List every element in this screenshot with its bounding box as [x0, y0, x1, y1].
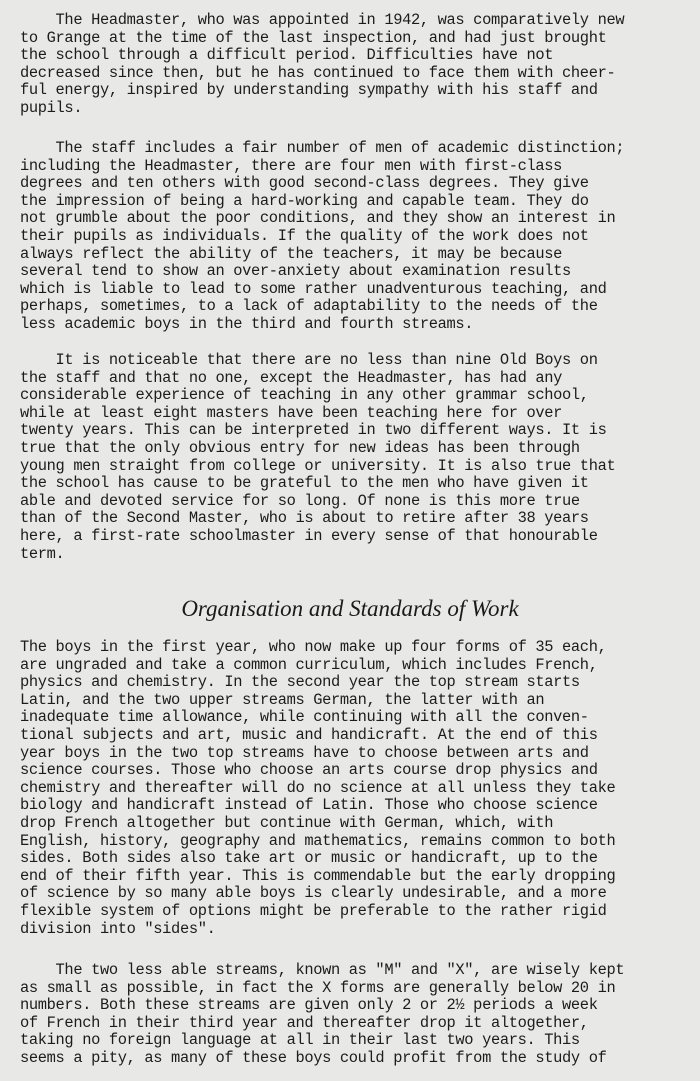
- text-line: perhaps, sometimes, to a lack of adaptab…: [20, 298, 690, 316]
- text-line: not grumble about the poor conditions, a…: [20, 210, 690, 228]
- paragraph-less-able-streams: The two less able streams, known as "M" …: [20, 962, 690, 1068]
- document-page: The Headmaster, who was appointed in 194…: [0, 0, 700, 1081]
- text-line: pupils.: [20, 100, 690, 118]
- text-line: drop French altogether but continue with…: [20, 815, 690, 833]
- text-line: which is liable to lead to some rather u…: [20, 281, 690, 299]
- text-line: are ungraded and take a common curriculu…: [20, 657, 690, 675]
- text-line: of French in their third year and therea…: [20, 1015, 690, 1033]
- paragraph-first-year: The boys in the first year, who now make…: [20, 639, 690, 938]
- text-line: physics and chemistry. In the second yea…: [20, 674, 690, 692]
- text-line: The boys in the first year, who now make…: [20, 639, 690, 657]
- text-line: taking no foreign language at all in the…: [20, 1032, 690, 1050]
- text-line: less academic boys in the third and four…: [20, 316, 690, 334]
- text-line: considerable experience of teaching in a…: [20, 387, 690, 405]
- text-line: able and devoted service for so long. Of…: [20, 493, 690, 511]
- text-line: the impression of being a hard-working a…: [20, 193, 690, 211]
- text-line: sides. Both sides also take art or music…: [20, 850, 690, 868]
- text-line: The Headmaster, who was appointed in 194…: [20, 12, 690, 30]
- text-line: Latin, and the two upper streams German,…: [20, 692, 690, 710]
- text-line: The two less able streams, known as "M" …: [20, 962, 690, 980]
- text-line: while at least eight masters have been t…: [20, 405, 690, 423]
- text-line: science courses. Those who choose an art…: [20, 762, 690, 780]
- text-line: young men straight from college or unive…: [20, 458, 690, 476]
- text-line: numbers. Both these streams are given on…: [20, 997, 690, 1015]
- text-line: tional subjects and art, music and handi…: [20, 727, 690, 745]
- text-line: of science by so many able boys is clear…: [20, 885, 690, 903]
- text-line: twenty years. This can be interpreted in…: [20, 422, 690, 440]
- text-line: year boys in the two top streams have to…: [20, 745, 690, 763]
- text-line: term.: [20, 546, 690, 564]
- text-line: to Grange at the time of the last inspec…: [20, 30, 690, 48]
- text-line: English, history, geography and mathemat…: [20, 833, 690, 851]
- section-heading: Organisation and Standards of Work: [0, 596, 700, 622]
- text-line: end of their fifth year. This is commend…: [20, 868, 690, 886]
- text-line: division into "sides".: [20, 921, 690, 939]
- paragraph-old-boys: It is noticeable that there are no less …: [20, 352, 690, 563]
- text-line: several tend to show an over-anxiety abo…: [20, 263, 690, 281]
- paragraph-headmaster: The Headmaster, who was appointed in 194…: [20, 12, 690, 118]
- paragraph-staff: The staff includes a fair number of men …: [20, 140, 690, 334]
- text-line: the school has cause to be grateful to t…: [20, 475, 690, 493]
- text-line: It is noticeable that there are no less …: [20, 352, 690, 370]
- text-line: flexible system of options might be pref…: [20, 903, 690, 921]
- text-line: as small as possible, in fact the X form…: [20, 980, 690, 998]
- text-line: true that the only obvious entry for new…: [20, 440, 690, 458]
- text-line: decreased since then, but he has continu…: [20, 65, 690, 83]
- text-line: always reflect the ability of the teache…: [20, 246, 690, 264]
- text-line: chemistry and thereafter will do no scie…: [20, 780, 690, 798]
- text-line: their pupils as individuals. If the qual…: [20, 228, 690, 246]
- text-line: The staff includes a fair number of men …: [20, 140, 690, 158]
- text-line: than of the Second Master, who is about …: [20, 510, 690, 528]
- text-line: inadequate time allowance, while continu…: [20, 709, 690, 727]
- text-line: including the Headmaster, there are four…: [20, 158, 690, 176]
- text-line: ful energy, inspired by understanding sy…: [20, 82, 690, 100]
- text-line: here, a first-rate schoolmaster in every…: [20, 528, 690, 546]
- text-line: the school through a difficult period. D…: [20, 47, 690, 65]
- text-line: the staff and that no one, except the He…: [20, 370, 690, 388]
- text-line: biology and handicraft instead of Latin.…: [20, 797, 690, 815]
- text-line: seems a pity, as many of these boys coul…: [20, 1050, 690, 1068]
- text-line: degrees and ten others with good second-…: [20, 175, 690, 193]
